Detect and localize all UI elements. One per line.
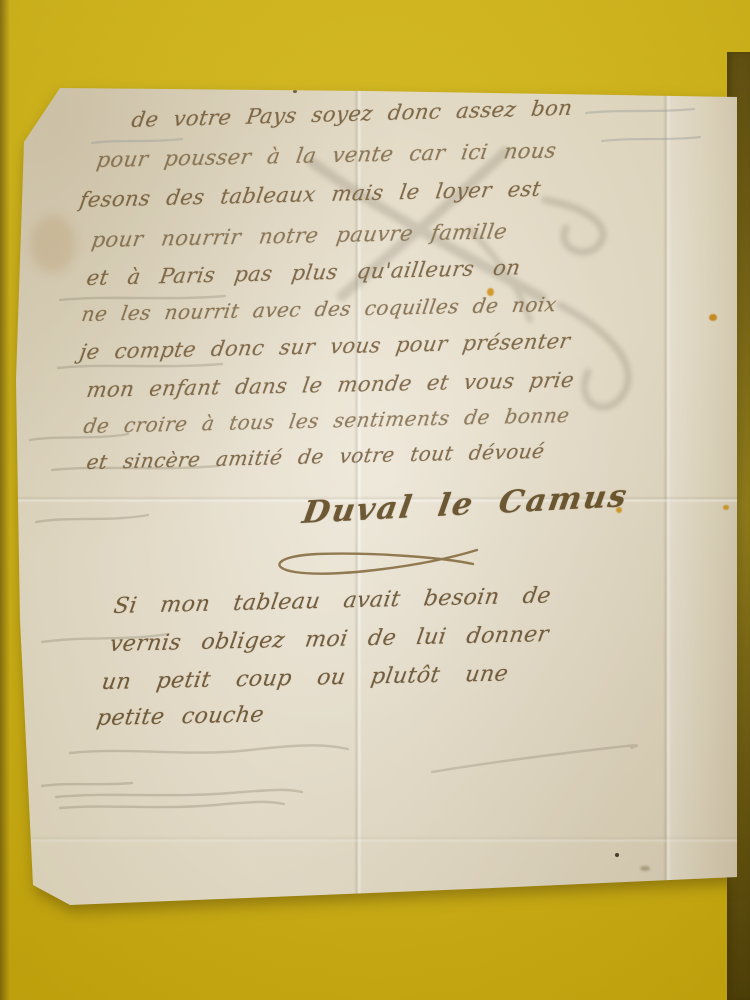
letter-line: et sincère amitié de votre tout dévoué bbox=[85, 439, 546, 474]
letter-paper-wrapper: de votre Pays soyez donc assez bon pour … bbox=[0, 0, 750, 1000]
paper-speck bbox=[709, 314, 717, 321]
letter-line: pour pousser à la vente car ici nous bbox=[95, 138, 558, 172]
ink-dot bbox=[293, 90, 297, 93]
postscript-line: Si mon tableau avait besoin de bbox=[112, 583, 553, 619]
postscript-line: petite couche bbox=[95, 703, 266, 731]
letter-line: de croire à tous les sentiments de bonne bbox=[82, 403, 571, 438]
letter-paper: de votre Pays soyez donc assez bon pour … bbox=[0, 0, 750, 1000]
letter-line: et à Paris pas plus qu'ailleurs on bbox=[85, 255, 522, 290]
paper-stain bbox=[30, 215, 76, 273]
ink-dot bbox=[615, 853, 619, 857]
letter-line: ne les nourrit avec des coquilles de noi… bbox=[80, 292, 558, 326]
lower-fold-crease bbox=[0, 836, 750, 843]
letter-line: de votre Pays soyez donc assez bon bbox=[130, 96, 574, 132]
postscript-line: vernis obligez moi de lui donner bbox=[108, 622, 550, 657]
signature-flourish bbox=[265, 542, 485, 592]
photo-letter-scene: de votre Pays soyez donc assez bon pour … bbox=[0, 0, 750, 1000]
letter-line: fesons des tableaux mais le loyer est bbox=[78, 177, 543, 212]
letter-line: mon enfant dans le monde et vous prie bbox=[85, 368, 576, 402]
letter-line: pour nourrir notre pauvre famille bbox=[90, 219, 509, 252]
paper-speck bbox=[723, 505, 729, 510]
signature: Duval le Camus bbox=[300, 478, 631, 531]
letter-line: je compte donc sur vous pour présenter bbox=[78, 329, 572, 364]
ink-dot bbox=[640, 866, 650, 871]
postscript-line: un petit coup ou plutôt une bbox=[100, 662, 510, 695]
